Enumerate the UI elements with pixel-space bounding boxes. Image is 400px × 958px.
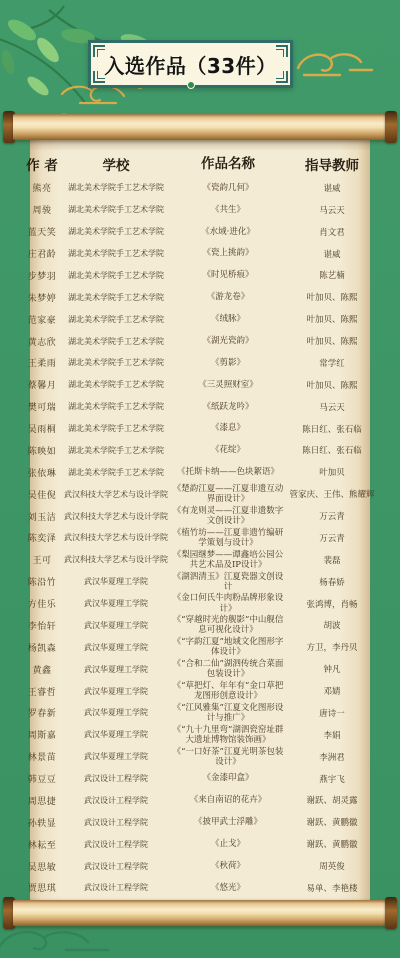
table-row: 李怡轩 武汉华夏理工学院 《“穿越时光的舰影”中山舰信息可视化设计》 胡波 — [22, 615, 378, 637]
row-teacher: 胡波 — [286, 619, 378, 631]
row-work: 《三灵照财室》 — [170, 380, 286, 390]
row-author: 陈奕泽 — [22, 531, 62, 544]
row-teacher: 谌威 — [286, 182, 378, 194]
row-work: 《湖光瓷韵》 — [170, 336, 286, 346]
corner-ornament-icon — [275, 45, 288, 58]
roller-bar — [13, 900, 387, 926]
row-author: 周斯嘉 — [22, 728, 62, 741]
row-work: 《“草把灯、年年有”金口草把龙图形创意设计》 — [170, 681, 286, 701]
row-author: 步梦羽 — [22, 269, 62, 282]
row-work: 《有龙则灵——江夏非遗数字文创设计》 — [170, 506, 286, 526]
row-author: 周思捷 — [22, 794, 62, 807]
row-school: 武汉科技大学艺术与设计学院 — [62, 532, 170, 543]
row-school: 武汉华夏理工学院 — [62, 707, 170, 718]
row-school: 湖北美术学院手工艺术学院 — [62, 401, 170, 412]
row-teacher: 李娟 — [286, 729, 378, 741]
table-row: 林耘至 武汉设计工程学院 《止戈》 谢跃、黄鹏徽 — [22, 833, 378, 855]
corner-ornament-icon — [275, 70, 288, 83]
row-author: 范家豪 — [22, 313, 62, 326]
table-row: 韩豆豆 武汉设计工程学院 《金漆印盒》 燕宇飞 — [22, 768, 378, 790]
row-work: 《金漆印盒》 — [170, 773, 286, 783]
works-table: 作 者 学校 作品名称 指导教师 熊亮 湖北美术学院手工艺术学院 《瓷韵几何》 … — [22, 151, 378, 899]
table-row: 吴佳倪 武汉科技大学艺术与设计学院 《楚韵江夏——江夏非遗互动界面设计》 管家庆… — [22, 483, 378, 505]
table-row: 林景苗 武汉华夏理工学院 《“一口好茶”江夏光明茶包装设计》 李洲君 — [22, 746, 378, 768]
row-teacher: 叶加贝、陈熙 — [286, 291, 378, 303]
row-teacher: 叶加贝、陈熙 — [286, 379, 378, 391]
row-work: 《共生》 — [170, 205, 286, 215]
row-author: 方佳乐 — [22, 597, 62, 610]
row-work: 《“合和二仙”湖泗传统合菜面包装设计》 — [170, 659, 286, 679]
row-school: 武汉华夏理工学院 — [62, 620, 170, 631]
row-author: 蓝天笑 — [22, 225, 62, 238]
row-author: 吴佳倪 — [22, 488, 62, 501]
table-row: 蓝天笑 湖北美术学院手工艺术学院 《水域·进化》 肖文君 — [22, 221, 378, 243]
row-author: 庄君龄 — [22, 247, 62, 260]
table-row: 罗春新 武汉华夏理工学院 《“江风雅集”江夏文化图形设计与推广》 唐诗一 — [22, 702, 378, 724]
row-author: 韩豆豆 — [22, 772, 62, 785]
row-work: 《金口何氏牛肉粉品牌形象设计》 — [170, 593, 286, 613]
row-work: 《植竹坊——江夏非遗竹编研学策划与设计》 — [170, 528, 286, 548]
row-work: 《“一口好茶”江夏光明茶包装设计》 — [170, 747, 286, 767]
row-author: 陈映如 — [22, 444, 62, 457]
page-title: 入选作品（33件） — [91, 43, 290, 85]
row-teacher: 谢跃、黄鹏徽 — [286, 816, 378, 828]
row-work: 《来自南诏的花卉》 — [170, 795, 286, 805]
row-teacher: 肖文君 — [286, 226, 378, 238]
table-header-row: 作 者 学校 作品名称 指导教师 — [22, 151, 378, 177]
corner-ornament-icon — [93, 45, 106, 58]
header-author: 作 者 — [22, 154, 62, 174]
row-author: 熊亮 — [22, 181, 62, 194]
row-work: 《瓷韵几何》 — [170, 183, 286, 193]
row-author: 王睿哲 — [22, 685, 62, 698]
table-row: 范家豪 湖北美术学院手工艺术学院 《绒脉》 叶加贝、陈熙 — [22, 308, 378, 330]
row-author: 刘玉洁 — [22, 510, 62, 523]
row-author: 林耘至 — [22, 838, 62, 851]
row-author: 周骏 — [22, 203, 62, 216]
row-work: 《游龙卷》 — [170, 292, 286, 302]
row-teacher: 马云天 — [286, 401, 378, 413]
table-row: 周骏 湖北美术学院手工艺术学院 《共生》 马云天 — [22, 199, 378, 221]
row-teacher: 周英俊 — [286, 860, 378, 872]
header-school: 学校 — [62, 154, 170, 174]
row-author: 黄志欣 — [22, 335, 62, 348]
row-teacher: 张鸿博，肖畅 — [286, 598, 378, 610]
roller-bar — [13, 114, 387, 140]
row-school: 湖北美术学院手工艺术学院 — [62, 204, 170, 215]
row-author: 吴思敏 — [22, 860, 62, 873]
row-school: 湖北美术学院手工艺术学院 — [62, 357, 170, 368]
row-work: 《“江风雅集”江夏文化图形设计与推广》 — [170, 703, 286, 723]
row-teacher: 万云青 — [286, 510, 378, 522]
corner-ornament-icon — [93, 70, 106, 83]
row-work: 《水域·进化》 — [170, 227, 286, 237]
row-school: 武汉设计工程学院 — [62, 817, 170, 828]
table-row: 周思捷 武汉设计工程学院 《来自南诏的花卉》 谢跃、胡灵露 — [22, 790, 378, 812]
row-school: 湖北美术学院手工艺术学院 — [62, 467, 170, 478]
row-school: 武汉设计工程学院 — [62, 773, 170, 784]
row-work: 《止戈》 — [170, 839, 286, 849]
row-school: 武汉设计工程学院 — [62, 839, 170, 850]
row-teacher: 陈日红、张石临 — [286, 444, 378, 456]
row-teacher: 谢跃、胡灵露 — [286, 794, 378, 806]
table-row: 陈沿竹 武汉华夏理工学院 《湖泗清玉》江夏瓷器文创设计 杨春娇 — [22, 571, 378, 593]
row-author: 朱梦婷 — [22, 291, 62, 304]
row-teacher: 陈日红、张石临 — [286, 423, 378, 435]
row-work: 《漆息》 — [170, 423, 286, 433]
row-work: 《纸跃龙吟》 — [170, 402, 286, 412]
table-body: 熊亮 湖北美术学院手工艺术学院 《瓷韵几何》 谌威 周骏 湖北美术学院手工艺术学… — [22, 177, 378, 899]
table-row: 步梦羽 湖北美术学院手工艺术学院 《时见桥痕》 陈艺楠 — [22, 265, 378, 287]
gold-cloud-right-icon — [292, 46, 376, 80]
row-teacher: 叶加贝、陈熙 — [286, 335, 378, 347]
table-row: 朱梦婷 湖北美术学院手工艺术学院 《游龙卷》 叶加贝、陈熙 — [22, 286, 378, 308]
table-row: 孙轶显 武汉设计工程学院 《披甲武士浮雕》 谢跃、黄鹏徽 — [22, 811, 378, 833]
row-work: 《“九十九里弯”湖泗瓷窑址群大遗址博物馆装饰画》 — [170, 725, 286, 745]
row-school: 武汉设计工程学院 — [62, 795, 170, 806]
row-teacher: 叶加贝、陈熙 — [286, 313, 378, 325]
row-author: 陈沿竹 — [22, 575, 62, 588]
row-school: 武汉科技大学艺术与设计学院 — [62, 554, 170, 565]
row-author: 王柔雨 — [22, 356, 62, 369]
plaque-dot — [187, 81, 195, 89]
table-row: 陈映如 湖北美术学院手工艺术学院 《花绽》 陈日红、张石临 — [22, 440, 378, 462]
table-row: 庄君龄 湖北美术学院手工艺术学院 《瓷上挑韵》 谌威 — [22, 243, 378, 265]
row-school: 武汉华夏理工学院 — [62, 576, 170, 587]
row-teacher: 常学红 — [286, 357, 378, 369]
row-teacher: 邓婧 — [286, 685, 378, 697]
table-row: 贾思琪 武汉设计工程学院 《悠光》 易单、李艳楼 — [22, 877, 378, 899]
row-work: 《剪影》 — [170, 358, 286, 368]
roller-end-cap — [385, 897, 397, 929]
row-work: 《湖泗清玉》江夏瓷器文创设计 — [170, 572, 286, 592]
table-row: 樊可瑞 湖北美术学院手工艺术学院 《纸跃龙吟》 马云天 — [22, 396, 378, 418]
title-plaque: 入选作品（33件） — [88, 40, 293, 88]
row-school: 武汉设计工程学院 — [62, 861, 170, 872]
row-work: 《花绽》 — [170, 445, 286, 455]
row-teacher: 叶加贝 — [286, 466, 378, 478]
row-school: 武汉华夏理工学院 — [62, 642, 170, 653]
table-row: 刘玉洁 武汉科技大学艺术与设计学院 《有龙则灵——江夏非遗数字文创设计》 万云青 — [22, 505, 378, 527]
table-row: 吴雨桐 湖北美术学院手工艺术学院 《漆息》 陈日红、张石临 — [22, 418, 378, 440]
row-author: 樊可瑞 — [22, 400, 62, 413]
row-work: 《“穿越时光的舰影”中山舰信息可视化设计》 — [170, 615, 286, 635]
row-work: 《悠光》 — [170, 883, 286, 893]
row-teacher: 燕宇飞 — [286, 773, 378, 785]
table-row: 方佳乐 武汉华夏理工学院 《金口何氏牛肉粉品牌形象设计》 张鸿博，肖畅 — [22, 593, 378, 615]
row-author: 王可 — [22, 553, 62, 566]
row-school: 武汉华夏理工学院 — [62, 729, 170, 740]
table-row: 张依琳 湖北美术学院手工艺术学院 《托斯卡纳——色块絮语》 叶加贝 — [22, 461, 378, 483]
header-work: 作品名称 — [170, 156, 286, 172]
row-author: 贾思琪 — [22, 881, 62, 894]
row-author: 张依琳 — [22, 466, 62, 479]
table-row: 王柔雨 湖北美术学院手工艺术学院 《剪影》 常学红 — [22, 352, 378, 374]
row-author: 李怡轩 — [22, 619, 62, 632]
row-school: 湖北美术学院手工艺术学院 — [62, 314, 170, 325]
row-school: 武汉华夏理工学院 — [62, 751, 170, 762]
row-school: 武汉设计工程学院 — [62, 882, 170, 893]
row-school: 湖北美术学院手工艺术学院 — [62, 292, 170, 303]
table-row: 黄鑫 武汉华夏理工学院 《“合和二仙”湖泗传统合菜面包装设计》 钟凡 — [22, 658, 378, 680]
row-school: 湖北美术学院手工艺术学院 — [62, 445, 170, 456]
row-school: 湖北美术学院手工艺术学院 — [62, 379, 170, 390]
row-work: 《披甲武士浮雕》 — [170, 817, 286, 827]
row-school: 湖北美术学院手工艺术学院 — [62, 248, 170, 259]
row-work: 《托斯卡纳——色块絮语》 — [170, 467, 286, 477]
table-row: 蔡馨月 湖北美术学院手工艺术学院 《三灵照财室》 叶加贝、陈熙 — [22, 374, 378, 396]
row-teacher: 马云天 — [286, 204, 378, 216]
row-school: 湖北美术学院手工艺术学院 — [62, 226, 170, 237]
table-row: 王睿哲 武汉华夏理工学院 《“草把灯、年年有”金口草把龙图形创意设计》 邓婧 — [22, 680, 378, 702]
row-work: 《楚韵江夏——江夏非遗互动界面设计》 — [170, 484, 286, 504]
row-author: 黄鑫 — [22, 663, 62, 676]
table-row: 王可 武汉科技大学艺术与设计学院 《梨园继梦——谭鑫培公园公共艺术品及IP设计》… — [22, 549, 378, 571]
row-teacher: 杨春娇 — [286, 576, 378, 588]
table-row: 黄志欣 湖北美术学院手工艺术学院 《湖光瓷韵》 叶加贝、陈熙 — [22, 330, 378, 352]
roller-end-cap — [385, 111, 397, 143]
table-row: 陈奕泽 武汉科技大学艺术与设计学院 《植竹坊——江夏非遗竹编研学策划与设计》 万… — [22, 527, 378, 549]
row-teacher: 李洲君 — [286, 751, 378, 763]
row-teacher: 易单、李艳楼 — [286, 882, 378, 894]
table-row: 周斯嘉 武汉华夏理工学院 《“九十九里弯”湖泗瓷窑址群大遗址博物馆装饰画》 李娟 — [22, 724, 378, 746]
row-work: 《秋荷》 — [170, 861, 286, 871]
row-work: 《“字韵江夏”地域文化图形字体设计》 — [170, 637, 286, 657]
row-school: 湖北美术学院手工艺术学院 — [62, 270, 170, 281]
row-author: 吴雨桐 — [22, 422, 62, 435]
row-teacher: 谢跃、黄鹏徽 — [286, 838, 378, 850]
row-author: 罗春新 — [22, 706, 62, 719]
row-school: 湖北美术学院手工艺术学院 — [62, 182, 170, 193]
row-author: 孙轶显 — [22, 816, 62, 829]
row-teacher: 谌威 — [286, 248, 378, 260]
row-work: 《瓷上挑韵》 — [170, 248, 286, 258]
row-author: 林景苗 — [22, 750, 62, 763]
scroll-paper: 作 者 学校 作品名称 指导教师 熊亮 湖北美术学院手工艺术学院 《瓷韵几何》 … — [30, 139, 370, 907]
row-school: 武汉科技大学艺术与设计学院 — [62, 511, 170, 522]
row-teacher: 钟凡 — [286, 663, 378, 675]
row-school: 武汉华夏理工学院 — [62, 664, 170, 675]
row-work: 《梨园继梦——谭鑫培公园公共艺术品及IP设计》 — [170, 550, 286, 570]
row-teacher: 管家庆、王伟、熊耀辉 — [286, 488, 378, 500]
row-teacher: 万云青 — [286, 532, 378, 544]
green-cloud-bottom-icon — [0, 924, 116, 954]
row-work: 《绒脉》 — [170, 314, 286, 324]
table-row: 熊亮 湖北美术学院手工艺术学院 《瓷韵几何》 谌威 — [22, 177, 378, 199]
table-row: 吴思敏 武汉设计工程学院 《秋荷》 周英俊 — [22, 855, 378, 877]
row-author: 蔡馨月 — [22, 378, 62, 391]
row-school: 武汉科技大学艺术与设计学院 — [62, 489, 170, 500]
scroll-top-roller — [3, 114, 397, 140]
poster-canvas: 入选作品（33件） 作 者 学校 作品名称 指导教师 熊亮 湖北美术学院手工艺术… — [0, 0, 400, 958]
row-author: 杨凯森 — [22, 641, 62, 654]
row-school: 武汉华夏理工学院 — [62, 686, 170, 697]
row-work: 《时见桥痕》 — [170, 270, 286, 280]
header-teacher: 指导教师 — [286, 154, 378, 174]
row-teacher: 唐诗一 — [286, 707, 378, 719]
row-school: 湖北美术学院手工艺术学院 — [62, 423, 170, 434]
row-teacher: 方卫，李丹贝 — [286, 641, 378, 653]
row-teacher: 裴磊 — [286, 554, 378, 566]
row-teacher: 陈艺楠 — [286, 269, 378, 281]
row-school: 湖北美术学院手工艺术学院 — [62, 336, 170, 347]
scroll-bottom-roller — [3, 900, 397, 926]
table-row: 杨凯森 武汉华夏理工学院 《“字韵江夏”地域文化图形字体设计》 方卫，李丹贝 — [22, 636, 378, 658]
row-school: 武汉华夏理工学院 — [62, 598, 170, 609]
